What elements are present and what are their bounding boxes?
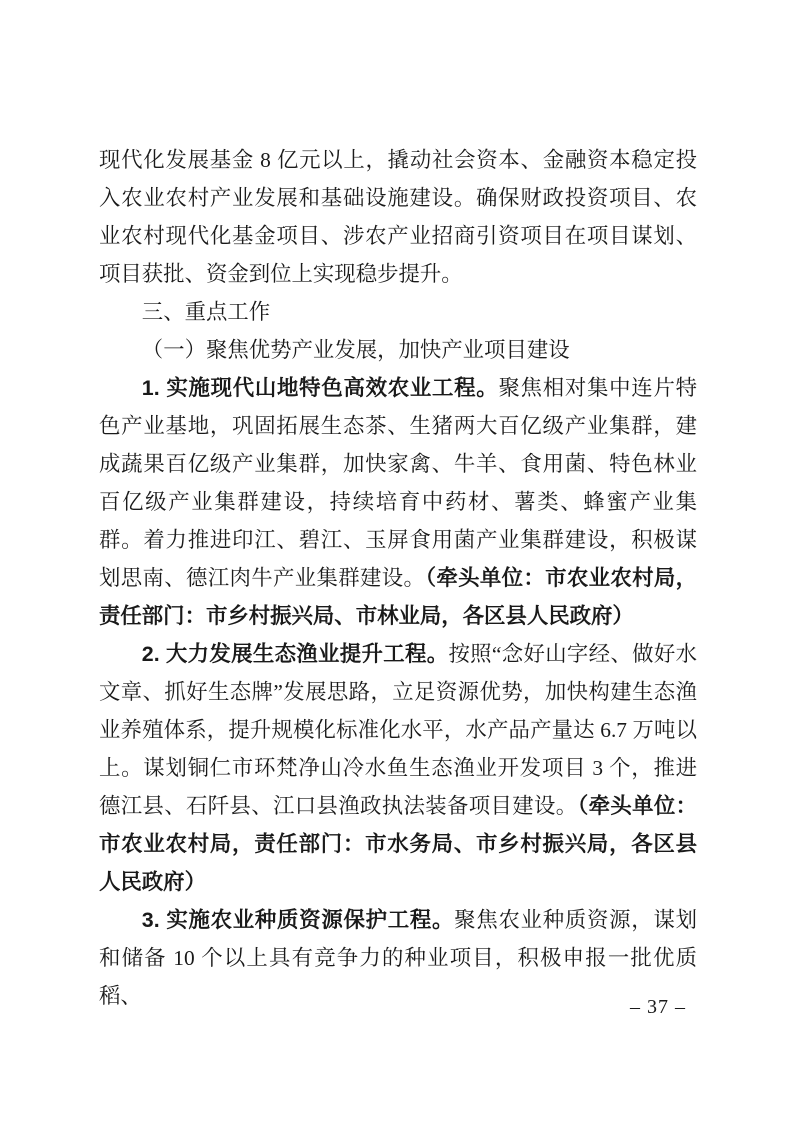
work-item-2-title: 2. 大力发展生态渔业提升工程。	[142, 642, 449, 666]
work-item-1: 1. 实施现代山地特色高效农业工程。聚焦相对集中连片特色产业基地，巩固拓展生态茶…	[99, 369, 697, 635]
page-number: – 37 –	[630, 993, 686, 1021]
work-item-2-body: 按照“念好山字经、做好水文章、抓好生态牌”发展思路，立足资源优势，加快构建生态渔…	[99, 642, 697, 818]
work-item-2: 2. 大力发展生态渔业提升工程。按照“念好山字经、做好水文章、抓好生态牌”发展思…	[99, 635, 697, 901]
paragraph-continuation: 现代化发展基金 8 亿元以上，撬动社会资本、金融资本稳定投入农业农村产业发展和基…	[99, 141, 697, 293]
document-body: 现代化发展基金 8 亿元以上，撬动社会资本、金融资本稳定投入农业农村产业发展和基…	[99, 141, 697, 1015]
work-item-1-body: 聚焦相对集中连片特色产业基地，巩固拓展生态茶、生猪两大百亿级产业集群，建成蔬果百…	[99, 376, 697, 590]
subsection-heading: （一）聚焦优势产业发展，加快产业项目建设	[99, 331, 697, 369]
work-item-1-title: 1. 实施现代山地特色高效农业工程。	[142, 376, 499, 400]
work-item-3-title: 3. 实施农业种质资源保护工程。	[142, 908, 454, 932]
document-page: 现代化发展基金 8 亿元以上，撬动社会资本、金融资本稳定投入农业农村产业发展和基…	[0, 0, 793, 1122]
work-item-3: 3. 实施农业种质资源保护工程。聚焦农业种质资源，谋划和储备 10 个以上具有竞…	[99, 901, 697, 1015]
section-heading: 三、重点工作	[99, 293, 697, 331]
